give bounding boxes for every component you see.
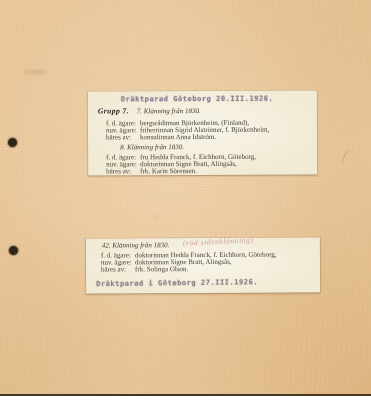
entry7-rows: f. d. ägare: bergsrådinnan Björkenheim, … [106, 120, 269, 142]
group-label: Grupp 7. [98, 106, 129, 115]
group-heading-line: Grupp 7. 7. Klänning från 1830. [98, 107, 201, 116]
date-stamp-top: Dräktparad Göteborg 20.III.1926. [121, 96, 273, 104]
binder-punch-hole-bottom [9, 246, 18, 255]
owner-row: bäres av: frk. Karin Sörensen. [106, 168, 256, 176]
row-label: bäres av: [106, 169, 140, 176]
paper-smudge [150, 215, 160, 218]
clipping-entry42: 42. Klänning från 1830. (röd sidenklänni… [86, 237, 320, 293]
paper-texture [0, 0, 371, 394]
date-stamp-bottom: Dräktparad i Göteborg 27.III.1926. [96, 279, 258, 288]
album-page-background: Dräktparad Göteborg 20.III.1926. Grupp 7… [0, 0, 371, 396]
row-value: frk. Solinga Olson. [135, 266, 188, 273]
owner-row: bäres av: konsulinnan Anna Idström. [106, 134, 269, 142]
row-value: konsulinnan Anna Idström. [140, 134, 216, 142]
clipping-group7: Dräktparad Göteborg 20.III.1926. Grupp 7… [88, 91, 317, 176]
handwritten-annotation: (röd sidenklänning) [183, 236, 254, 247]
entry8-heading: 8. Klänning från 1830. [120, 144, 184, 151]
entry42-heading: 42. Klänning från 1830. [102, 242, 170, 250]
entry42-rows: f. d. ägare: doktorinnan Hedda Franck, f… [101, 252, 277, 275]
binder-punch-hole-top [8, 138, 17, 147]
entry7-heading: 7. Klänning från 1830. [137, 107, 201, 115]
entry8-rows: f. d. ägare: fru Hedda Franck, f. Eichho… [106, 154, 256, 176]
row-label: bäres av: [106, 135, 140, 142]
scanned-scrapbook-page: Dräktparad Göteborg 20.III.1926. Grupp 7… [0, 0, 371, 400]
paper-smudge [22, 70, 48, 74]
owner-row: bäres av: frk. Solinga Olson. [101, 266, 277, 274]
row-label: bäres av: [101, 267, 135, 274]
row-value: frk. Karin Sörensen. [140, 168, 197, 175]
